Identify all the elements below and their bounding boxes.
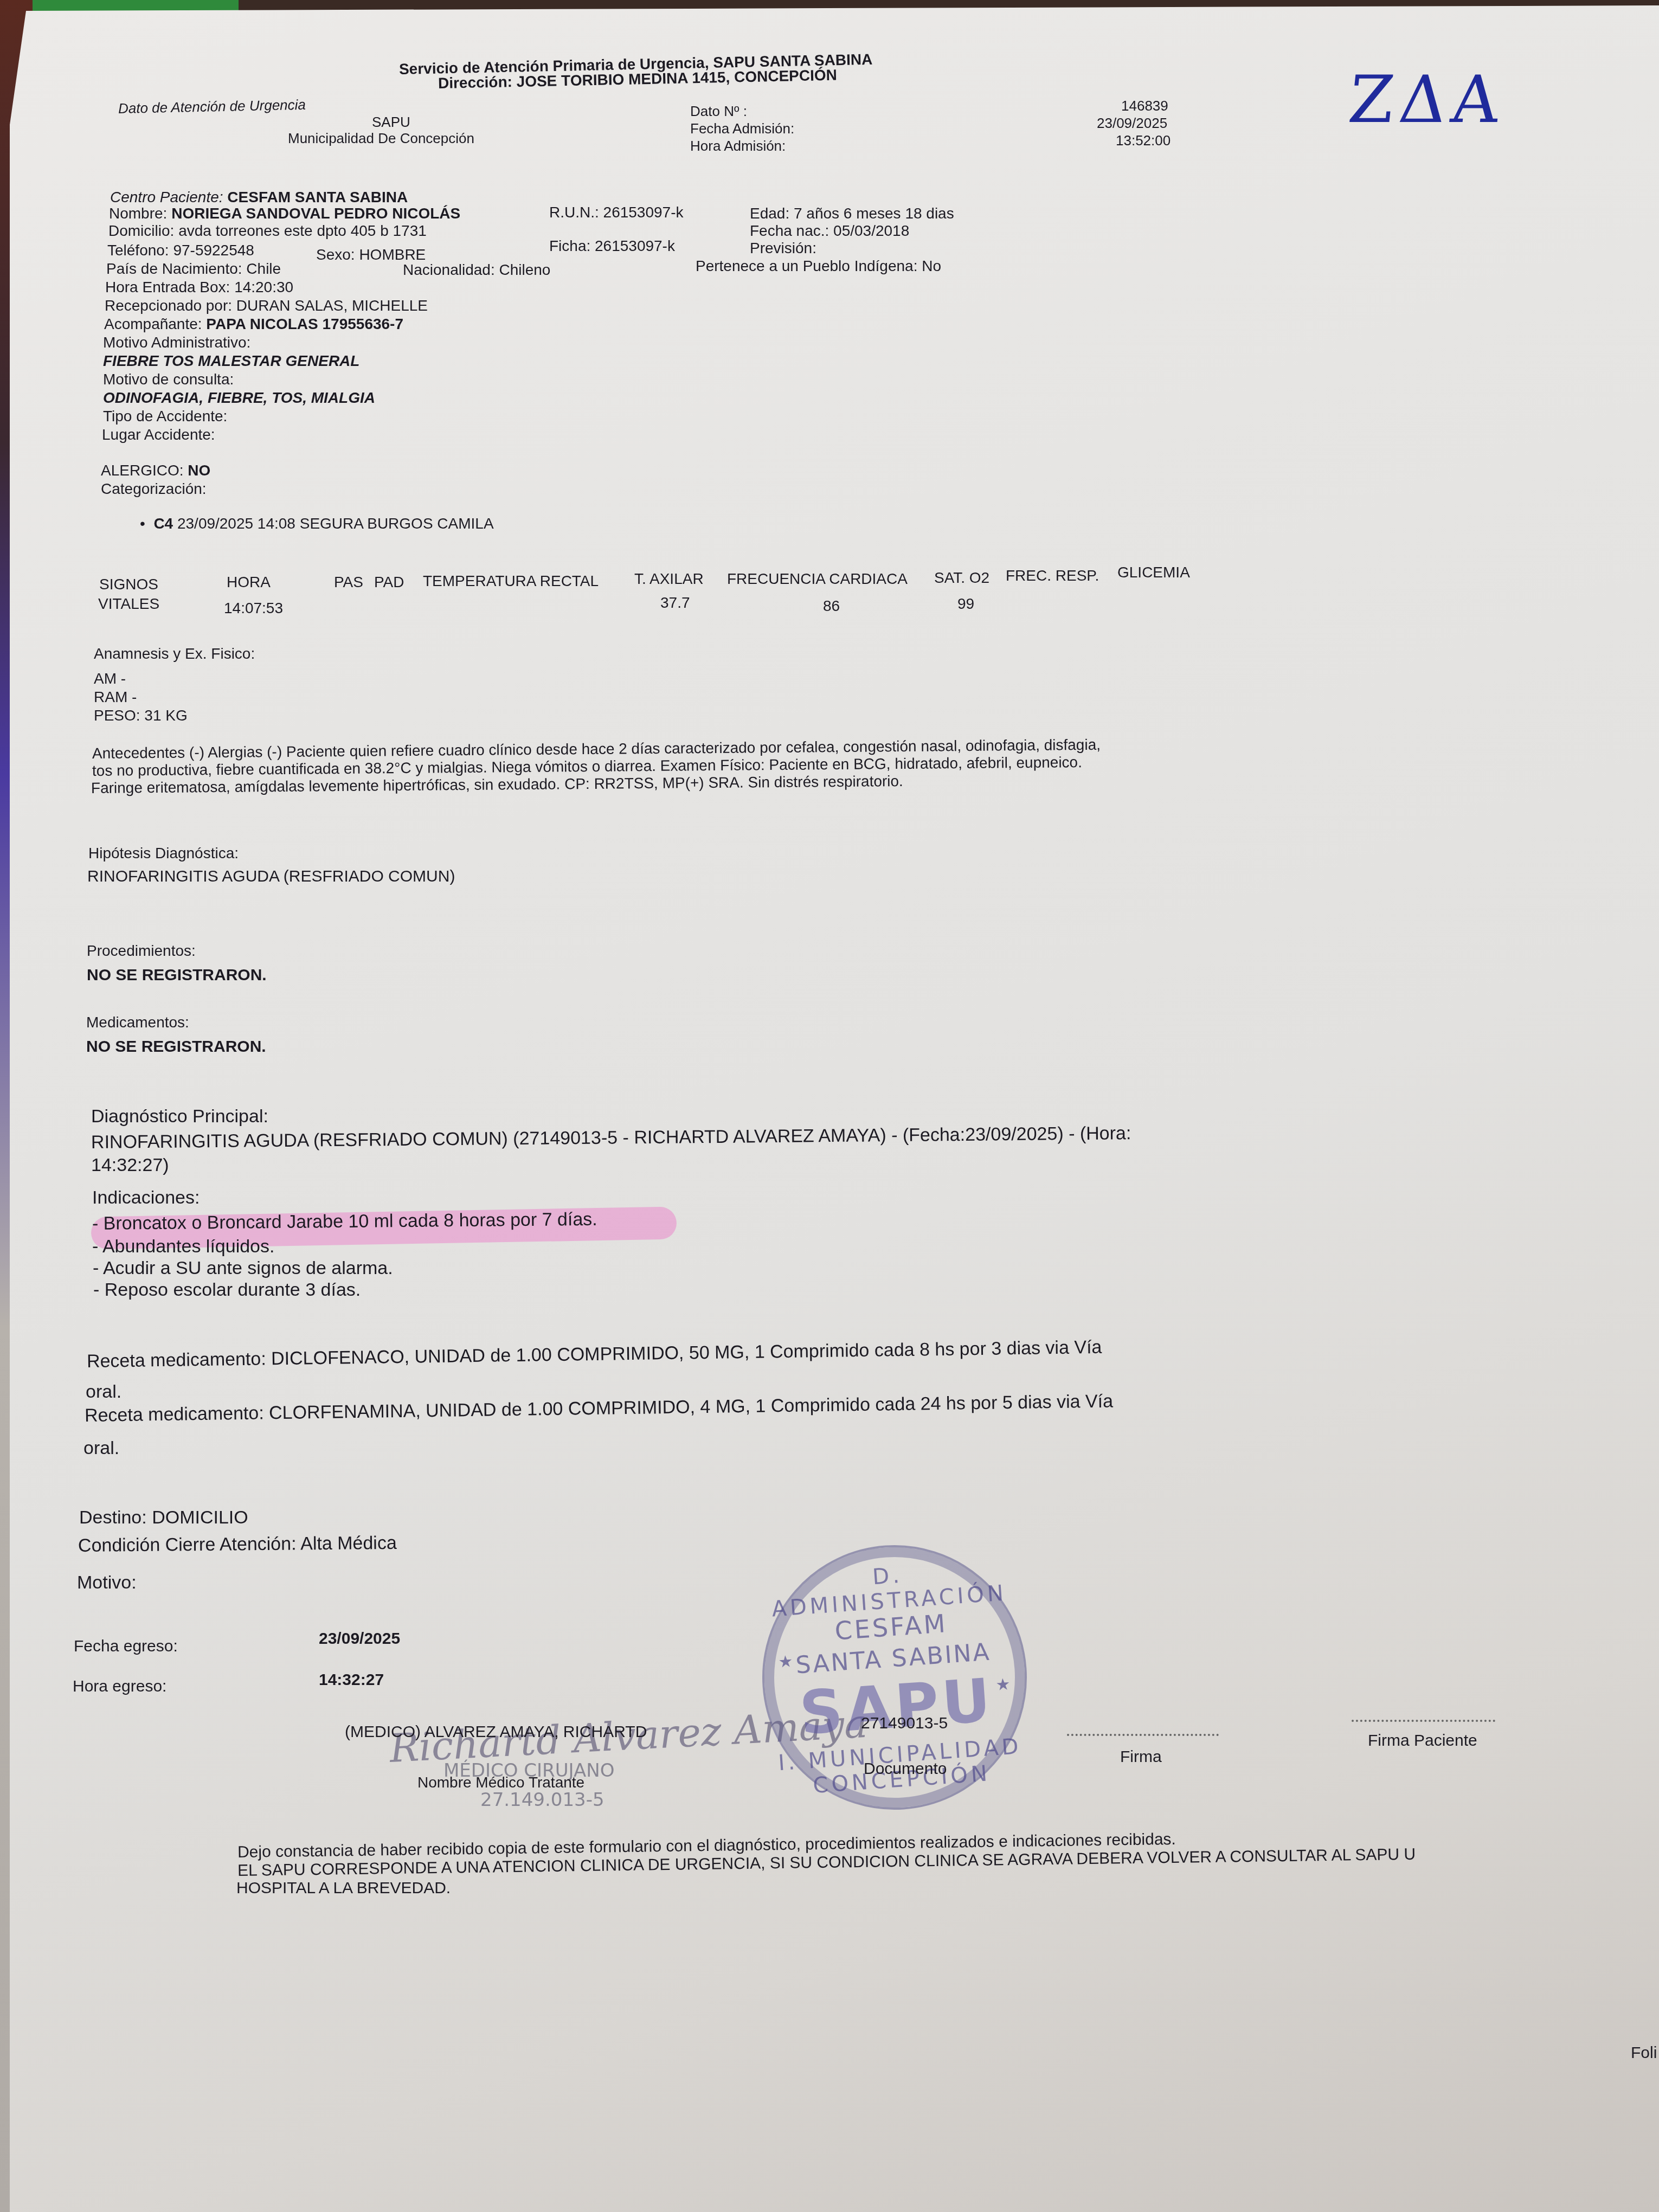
fecha-egreso-value: 23/09/2025 xyxy=(319,1630,400,1648)
dato-label: Dato Nº : xyxy=(690,103,747,120)
hora-admision-label: Hora Admisión: xyxy=(690,138,786,155)
alergico-label: ALERGICO: xyxy=(101,462,183,479)
firma-paciente-caption: Firma Paciente xyxy=(1368,1732,1477,1750)
diagnostico-line-2: 14:32:27) xyxy=(91,1155,169,1176)
run-field: R.U.N.: 26153097-k xyxy=(549,204,683,221)
medico-name: (MEDICO) ALVAREZ AMAYA, RICHARTD xyxy=(345,1723,647,1741)
pueblo-field: Pertenece a un Pueblo Indígena: No xyxy=(696,258,941,275)
pueblo-value: No xyxy=(922,258,941,274)
fecha-admision-label: Fecha Admisión: xyxy=(690,120,794,137)
ficha-field: Ficha: 26153097-k xyxy=(549,237,675,255)
anamnesis-ram: RAM - xyxy=(94,689,137,706)
recepcionado-value: DURAN SALAS, MICHELLE xyxy=(236,297,428,314)
receta-line-2-cont: oral. xyxy=(83,1438,119,1459)
vitals-col-glicemia: GLICEMIA xyxy=(1117,564,1190,581)
vitals-value-hora: 14:07:53 xyxy=(224,600,283,617)
pais-field: País de Nacimiento: Chile xyxy=(106,260,281,278)
medico-stamp-rut: 27.149.013-5 xyxy=(480,1789,605,1811)
firma-paciente-line xyxy=(1352,1720,1495,1722)
pueblo-label: Pertenece a un Pueblo Indígena: xyxy=(696,258,917,274)
hipotesis-label: Hipótesis Diagnóstica: xyxy=(88,845,239,862)
motivo-cierre: Motivo: xyxy=(77,1572,137,1593)
indicacion-item: - Broncatox o Broncard Jarabe 10 ml cada… xyxy=(92,1209,597,1234)
indicaciones-label: Indicaciones: xyxy=(92,1187,200,1208)
domicilio-value: avda torreones este dpto 405 b 1731 xyxy=(178,222,427,239)
fecha-nac-value: 05/03/2018 xyxy=(833,222,909,239)
section-label: Dato de Atención de Urgencia xyxy=(118,97,306,117)
centro-paciente: Centro Paciente: CESFAM SANTA SABINA xyxy=(110,189,408,206)
nacionalidad-label: Nacionalidad: xyxy=(403,261,495,278)
fecha-egreso-label: Fecha egreso: xyxy=(74,1637,178,1656)
hora-box-field: Hora Entrada Box: 14:20:30 xyxy=(105,279,293,296)
vitals-col-temp-rectal: TEMPERATURA RECTAL xyxy=(423,573,599,590)
footer-line-3: HOSPITAL A LA BREVEDAD. xyxy=(236,1879,451,1898)
vitals-col-t-axilar: T. AXILAR xyxy=(634,570,704,588)
hora-box-label: Hora Entrada Box: xyxy=(105,279,230,295)
org-line-2: Municipalidad De Concepción xyxy=(288,130,474,147)
anamnesis-peso: PESO: 31 KG xyxy=(94,707,188,724)
motivo-admin-label: Motivo Administrativo: xyxy=(103,334,250,351)
ficha-label: Ficha: xyxy=(549,237,590,254)
hora-egreso-label: Hora egreso: xyxy=(73,1677,166,1696)
star-icon: ★ xyxy=(777,1652,793,1672)
document-page: Servicio de Atención Primaria de Urgenci… xyxy=(10,5,1659,2212)
diagnostico-line-1: RINOFARINGITIS AGUDA (RESFRIADO COMUN) (… xyxy=(91,1123,1131,1153)
centro-label: Centro Paciente: xyxy=(110,189,223,205)
categorizacion-item: • C4 23/09/2025 14:08 SEGURA BURGOS CAMI… xyxy=(140,515,494,532)
run-label: R.U.N.: xyxy=(549,204,599,221)
vitals-col-frec-cardiaca: FRECUENCIA CARDIACA xyxy=(727,570,908,588)
sexo-value: HOMBRE xyxy=(359,246,426,263)
handwritten-note: ZΔA xyxy=(1345,62,1508,138)
vitals-value-sat-o2: 99 xyxy=(957,595,974,613)
categorizacion-label: Categorización: xyxy=(101,480,207,498)
hora-admision-value: 13:52:00 xyxy=(1116,132,1171,149)
recepcionado-label: Recepcionado por: xyxy=(105,297,232,314)
procedimientos-label: Procedimientos: xyxy=(87,942,196,960)
prevision-label: Previsión: xyxy=(750,240,816,256)
fecha-admision-value: 23/09/2025 xyxy=(1097,115,1167,132)
lugar-accidente-label: Lugar Accidente: xyxy=(102,426,215,443)
acompanante-value: PAPA NICOLAS 17955636-7 xyxy=(206,316,403,332)
prevision-field: Previsión: xyxy=(750,240,816,257)
anamnesis-am: AM - xyxy=(94,670,126,687)
medicamentos-label: Medicamentos: xyxy=(86,1014,189,1031)
star-icon: ★ xyxy=(995,1675,1011,1695)
vitals-col-pad: PAD xyxy=(374,574,404,591)
firma-caption: Firma xyxy=(1120,1748,1162,1766)
indicacion-item: - Abundantes líquidos. xyxy=(92,1236,274,1257)
centro-value: CESFAM SANTA SABINA xyxy=(227,189,408,205)
receta-line-1: Receta medicamento: DICLOFENACO, UNIDAD … xyxy=(87,1337,1102,1372)
vitals-col-frec-resp: FREC. RESP. xyxy=(1006,567,1099,584)
vitals-col-pas: PAS xyxy=(334,574,363,591)
edad-value: 7 años 6 meses 18 dias xyxy=(794,205,954,222)
medicamentos-value: NO SE REGISTRARON. xyxy=(86,1038,266,1056)
motivo-consulta-label: Motivo de consulta: xyxy=(103,371,234,388)
folio-label: Foli xyxy=(1631,2044,1657,2062)
nombre-field: Nombre: NORIEGA SANDOVAL PEDRO NICOLÁS xyxy=(109,205,460,222)
condicion-cierre: Condición Cierre Atención: Alta Médica xyxy=(78,1533,397,1557)
fecha-nac-field: Fecha nac.: 05/03/2018 xyxy=(750,222,909,240)
receta-line-1-cont: oral. xyxy=(86,1381,121,1403)
alergico-field: ALERGICO: NO xyxy=(101,462,210,479)
fecha-nac-label: Fecha nac.: xyxy=(750,222,829,239)
nombre-label: Nombre: xyxy=(109,205,167,222)
bullet-icon: • xyxy=(140,515,150,532)
documento-caption: Documento xyxy=(864,1760,947,1778)
edad-field: Edad: 7 años 6 meses 18 dias xyxy=(750,205,954,222)
alergico-value: NO xyxy=(188,462,210,479)
anamnesis-label: Anamnesis y Ex. Fisico: xyxy=(94,645,255,663)
sexo-label: Sexo: xyxy=(316,246,355,263)
diagnostico-label: Diagnóstico Principal: xyxy=(91,1106,268,1127)
vitals-row-label-2: VITALES xyxy=(98,595,159,613)
telefono-value: 97-5922548 xyxy=(173,242,254,259)
vitals-col-hora: HORA xyxy=(227,574,271,591)
motivo-admin-value: FIEBRE TOS MALESTAR GENERAL xyxy=(103,352,359,370)
acompanante-field: Acompañante: PAPA NICOLAS 17955636-7 xyxy=(104,316,403,333)
domicilio-label: Domicilio: xyxy=(108,222,174,239)
procedimientos-value: NO SE REGISTRARON. xyxy=(87,966,267,985)
documento-value: 27149013-5 xyxy=(861,1714,948,1733)
telefono-label: Teléfono: xyxy=(107,242,169,259)
motivo-consulta-value: ODINOFAGIA, FIEBRE, TOS, MIALGIA xyxy=(103,389,375,407)
vitals-col-sat-o2: SAT. O2 xyxy=(934,569,989,587)
tipo-accidente-label: Tipo de Accidente: xyxy=(103,408,227,425)
hipotesis-value: RINOFARINGITIS AGUDA (RESFRIADO COMUN) xyxy=(87,867,455,886)
pais-value: Chile xyxy=(246,260,281,277)
ficha-value: 26153097-k xyxy=(595,237,675,254)
org-line-1: SAPU xyxy=(372,114,410,131)
recepcionado-field: Recepcionado por: DURAN SALAS, MICHELLE xyxy=(105,297,428,314)
dato-value: 146839 xyxy=(1121,98,1168,114)
hora-egreso-value: 14:32:27 xyxy=(319,1671,384,1689)
acompanante-label: Acompañante: xyxy=(104,316,202,332)
categorizacion-detail: 23/09/2025 14:08 SEGURA BURGOS CAMILA xyxy=(177,515,494,532)
nacionalidad-field: Nacionalidad: Chileno xyxy=(403,261,550,279)
edad-label: Edad: xyxy=(750,205,789,222)
run-value: 26153097-k xyxy=(603,204,684,221)
nacionalidad-value: Chileno xyxy=(499,261,550,278)
vitals-value-frec-cardiaca: 86 xyxy=(823,597,840,615)
vitals-row-label-1: SIGNOS xyxy=(99,576,158,593)
hora-box-value: 14:20:30 xyxy=(234,279,293,295)
pais-label: País de Nacimiento: xyxy=(106,260,242,277)
destino: Destino: DOMICILIO xyxy=(79,1507,248,1528)
telefono-field: Teléfono: 97-5922548 xyxy=(107,242,254,259)
indicacion-item: - Acudir a SU ante signos de alarma. xyxy=(93,1258,393,1279)
domicilio-field: Domicilio: avda torreones este dpto 405 … xyxy=(108,222,427,240)
firma-line xyxy=(1067,1734,1219,1736)
categorizacion-code: C4 xyxy=(153,515,173,532)
indicacion-item: - Reposo escolar durante 3 días. xyxy=(93,1279,361,1301)
receta-line-2: Receta medicamento: CLORFENAMINA, UNIDAD… xyxy=(85,1391,1113,1426)
vitals-value-t-axilar: 37.7 xyxy=(660,594,690,612)
nombre-value: NORIEGA SANDOVAL PEDRO NICOLÁS xyxy=(171,205,460,222)
